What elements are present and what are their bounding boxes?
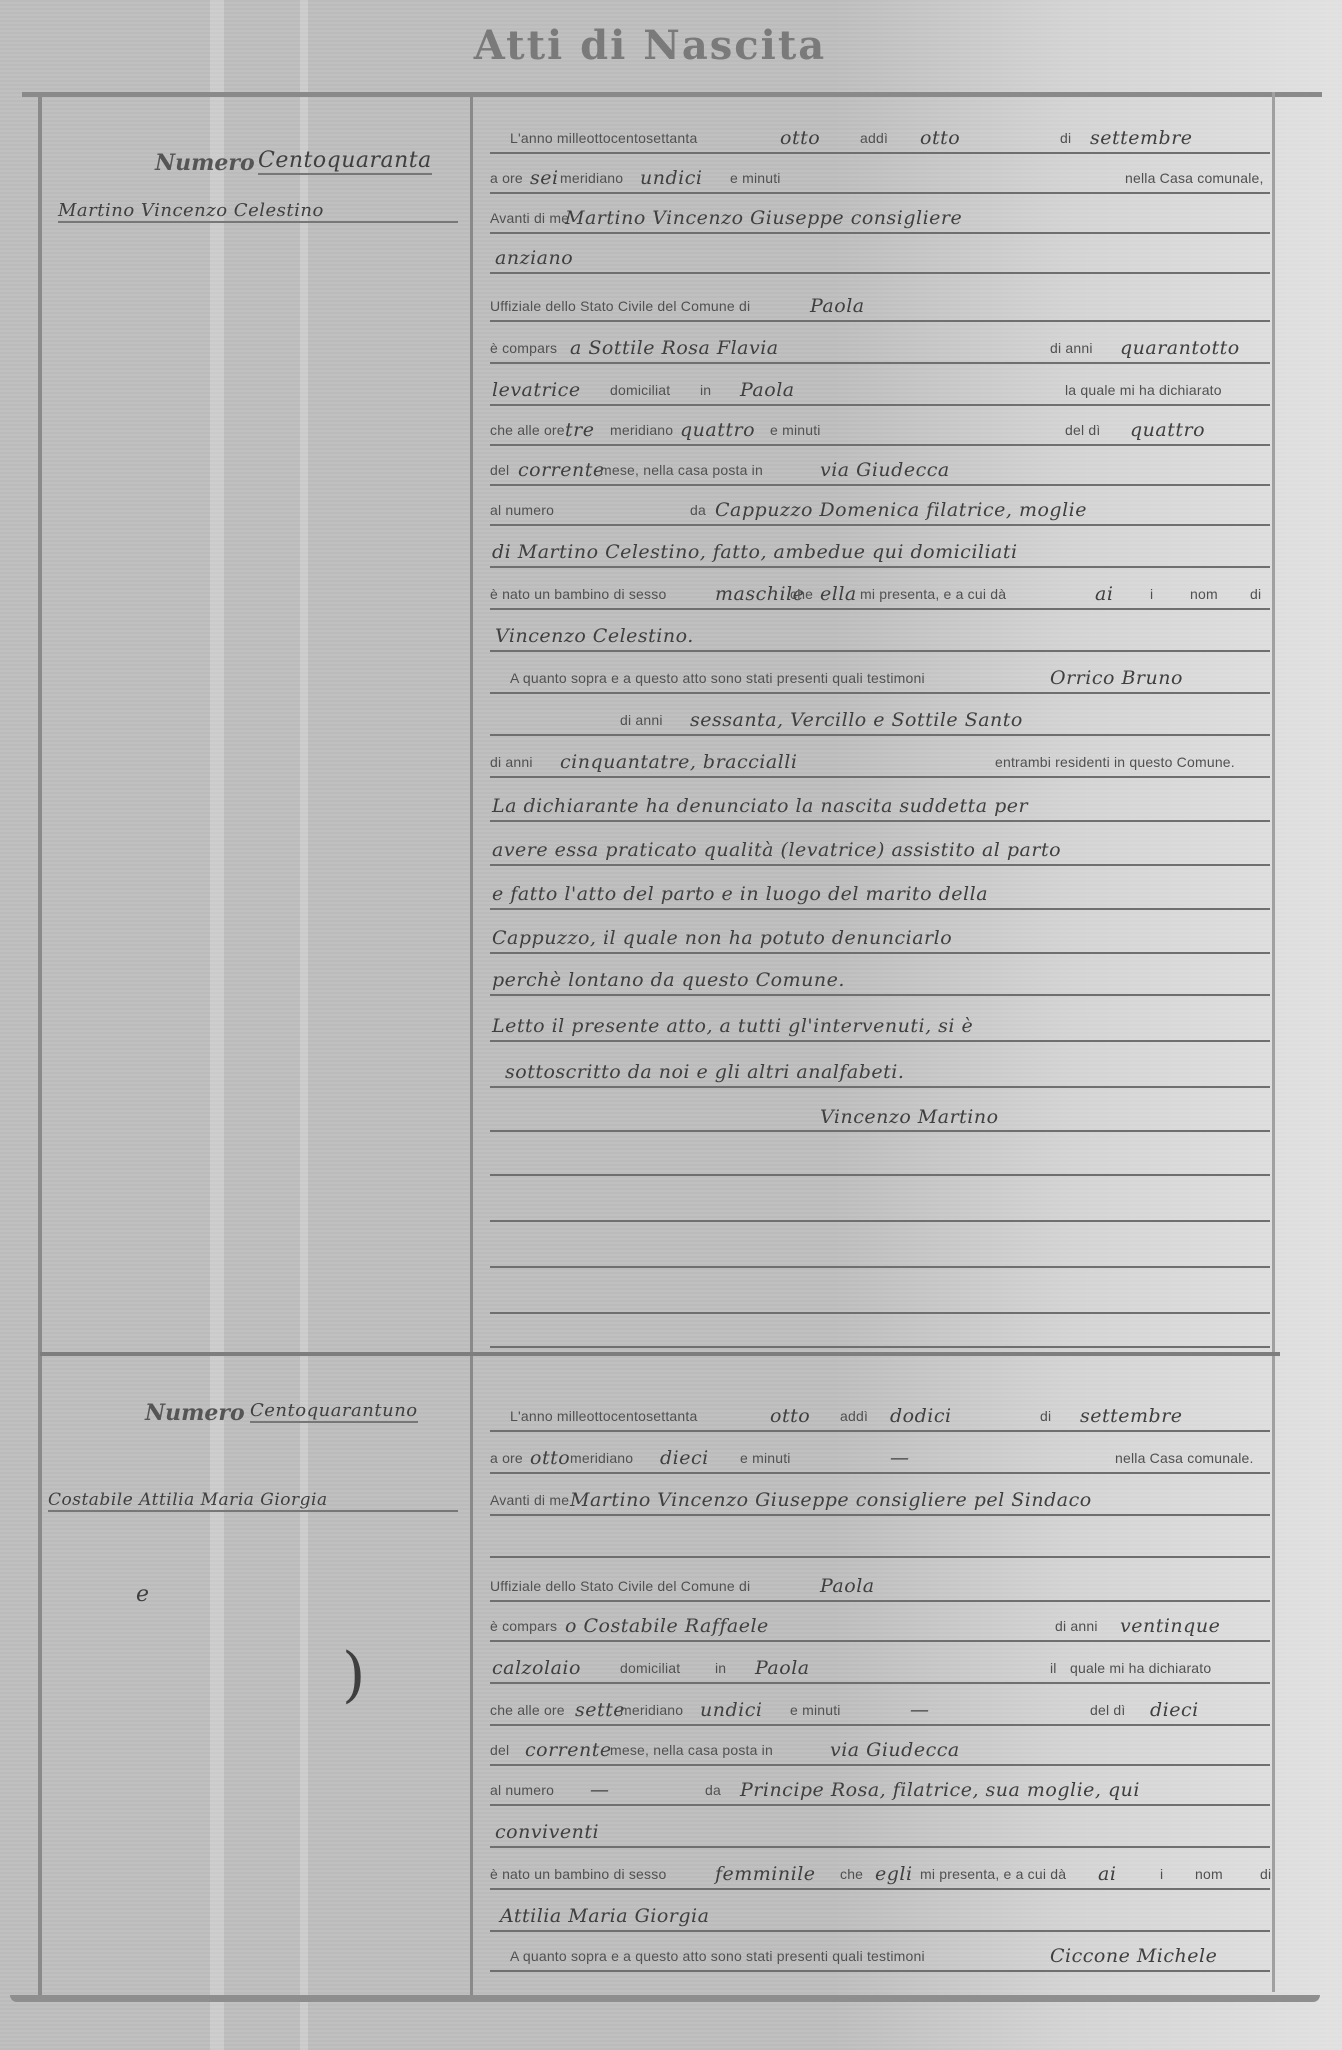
- frame-top-rule: [22, 92, 1322, 97]
- form-line: di anni cinquantatre, braccialli entramb…: [490, 736, 1270, 778]
- frame-left-rule: [38, 92, 42, 1997]
- margin-child-name: Martino Vincenzo Celestino: [58, 200, 458, 223]
- form-line: è nato un bambino di sesso femminile che…: [490, 1848, 1270, 1890]
- form-line: Uffiziale dello Stato Civile del Comune …: [490, 1560, 1270, 1602]
- form-line: L'anno milleottocentosettanta otto addì …: [490, 1390, 1270, 1432]
- form-line: La dichiarante ha denunciato la nascita …: [490, 780, 1270, 822]
- form-line: di anni sessanta, Vercillo e Sottile San…: [490, 694, 1270, 736]
- form-line: L'anno milleottocentosettanta otto addì …: [490, 112, 1270, 154]
- year-fill: otto: [780, 127, 820, 149]
- entry-divider: [40, 1352, 1280, 1356]
- scanned-register-page: Atti di Nascita Numero Centoquaranta Mar…: [0, 0, 1342, 2050]
- form-line: perchè lontano da questo Comune.: [490, 954, 1270, 996]
- form-line: Avanti di me Martino Vincenzo Giuseppe c…: [490, 192, 1270, 234]
- frame-bottom-rule: [10, 1995, 1320, 2002]
- day-fill: otto: [920, 127, 960, 149]
- blank-line: [490, 1134, 1270, 1176]
- form-line: conviventi: [490, 1806, 1270, 1848]
- numero-value: Centoquaranta: [258, 148, 432, 175]
- form-line: è nato un bambino di sesso maschile che …: [490, 568, 1270, 610]
- form-line: levatrice domiciliat in Paola la quale m…: [490, 364, 1270, 406]
- form-line: di Martino Celestino, fatto, ambedue qui…: [490, 526, 1270, 568]
- numero-label: Numero: [145, 1400, 245, 1426]
- form-line: del corrente mese, nella casa posta in v…: [490, 1724, 1270, 1766]
- form-line: anziano: [490, 232, 1270, 274]
- form-line: e fatto l'atto del parto e in luogo del …: [490, 868, 1270, 910]
- form-line: a ore otto meridiano dieci e minuti — ne…: [490, 1432, 1270, 1474]
- margin-mark: e: [136, 1582, 150, 1607]
- signature-line: Vincenzo Martino: [490, 1090, 1270, 1132]
- form-line: Avanti di me Martino Vincenzo Giuseppe c…: [490, 1474, 1270, 1516]
- form-line: avere essa praticato qualità (levatrice)…: [490, 824, 1270, 866]
- numero-label: Numero: [155, 150, 255, 176]
- blank-line: [490, 1316, 1270, 1348]
- form-line: sottoscritto da noi e gli altri analfabe…: [490, 1046, 1270, 1088]
- numero-value: Centoquarantuno: [250, 1400, 418, 1423]
- form-line: del corrente mese, nella casa posta in v…: [490, 444, 1270, 486]
- fold-highlight: [210, 0, 224, 2050]
- fold-highlight: [300, 0, 308, 2050]
- blank-line: [490, 1180, 1270, 1222]
- form-line: Attilia Maria Giorgia: [490, 1890, 1270, 1932]
- page-title: Atti di Nascita: [440, 22, 860, 69]
- form-line: Uffiziale dello Stato Civile del Comune …: [490, 280, 1270, 322]
- month-fill: settembre: [1090, 127, 1193, 149]
- form-line: Vincenzo Celestino.: [490, 610, 1270, 652]
- form-line: al numero — da Principe Rosa, filatrice,…: [490, 1764, 1270, 1806]
- form-line: Cappuzzo, il quale non ha potuto denunci…: [490, 912, 1270, 954]
- form-line: che alle ore tre meridiano quattro e min…: [490, 404, 1270, 446]
- frame-right-rule: [1272, 92, 1275, 1992]
- form-line: A quanto sopra e a questo atto sono stat…: [490, 1930, 1270, 1972]
- form-line: che alle ore sette meridiano undici e mi…: [490, 1684, 1270, 1726]
- blank-line: [490, 1272, 1270, 1314]
- margin-child-name: Costabile Attilia Maria Giorgia: [48, 1490, 458, 1512]
- column-divider: [470, 92, 473, 1997]
- form-line: è compars a Sottile Rosa Flavia di anni …: [490, 322, 1270, 364]
- form-line: al numero da Cappuzzo Domenica filatrice…: [490, 484, 1270, 526]
- form-line: a ore sei meridiano undici e minuti nell…: [490, 152, 1270, 194]
- form-line: A quanto sopra e a questo atto sono stat…: [490, 652, 1270, 694]
- form-line: calzolaio domiciliat in Paola il quale m…: [490, 1642, 1270, 1684]
- form-line: è compars o Costabile Raffaele di anni v…: [490, 1600, 1270, 1642]
- form-line: Letto il presente atto, a tutti gl'inter…: [490, 1000, 1270, 1042]
- margin-mark: ): [342, 1640, 366, 1710]
- form-line: [490, 1516, 1270, 1558]
- officer-signature: Vincenzo Martino: [820, 1106, 999, 1128]
- blank-line: [490, 1226, 1270, 1268]
